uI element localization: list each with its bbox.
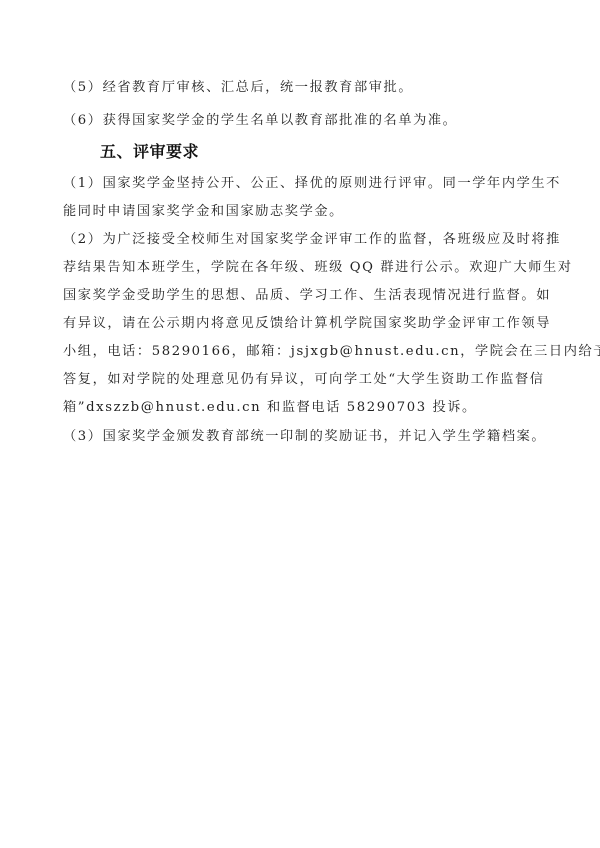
paragraph-line: 小组，电话：58290166，邮箱：jsjxgb@hnust.edu.cn，学院… <box>63 343 541 361</box>
paragraph-line: 国家奖学金受助学生的思想、品质、学习工作、生活表现情况进行监督。如 <box>63 287 541 305</box>
paragraph-line: 箱”dxszzb@hnust.edu.cn 和监督电话 58290703 投诉。 <box>63 399 541 417</box>
item-6: （6）获得国家奖学金的学生名单以教育部批准的名单为准。 <box>63 112 541 130</box>
paragraph-line: （1）国家奖学金坚持公开、公正、择优的原则进行评审。同一学年内学生不 <box>63 175 541 193</box>
item-5: （5）经省教育厅审核、汇总后，统一报教育部审批。 <box>63 79 541 97</box>
document-page: （5）经省教育厅审核、汇总后，统一报教育部审批。 （6）获得国家奖学金的学生名单… <box>0 0 600 848</box>
paragraph-line: （3）国家奖学金颁发教育部统一印制的奖励证书，并记入学生学籍档案。 <box>63 428 541 446</box>
paragraph-line: （2）为广泛接受全校师生对国家奖学金评审工作的监督，各班级应及时将推 <box>63 231 541 249</box>
paragraph-line: 荐结果告知本班学生，学院在各年级、班级 QQ 群进行公示。欢迎广大师生对 <box>63 259 541 277</box>
section-heading: 五、评审要求 <box>100 142 199 162</box>
paragraph-line: 能同时申请国家奖学金和国家励志奖学金。 <box>63 203 541 221</box>
paragraph-line: 答复，如对学院的处理意见仍有异议，可向学工处“大学生资助工作监督信 <box>63 371 541 389</box>
paragraph-line: 有异议，请在公示期内将意见反馈给计算机学院国家奖助学金评审工作领导 <box>63 315 541 333</box>
